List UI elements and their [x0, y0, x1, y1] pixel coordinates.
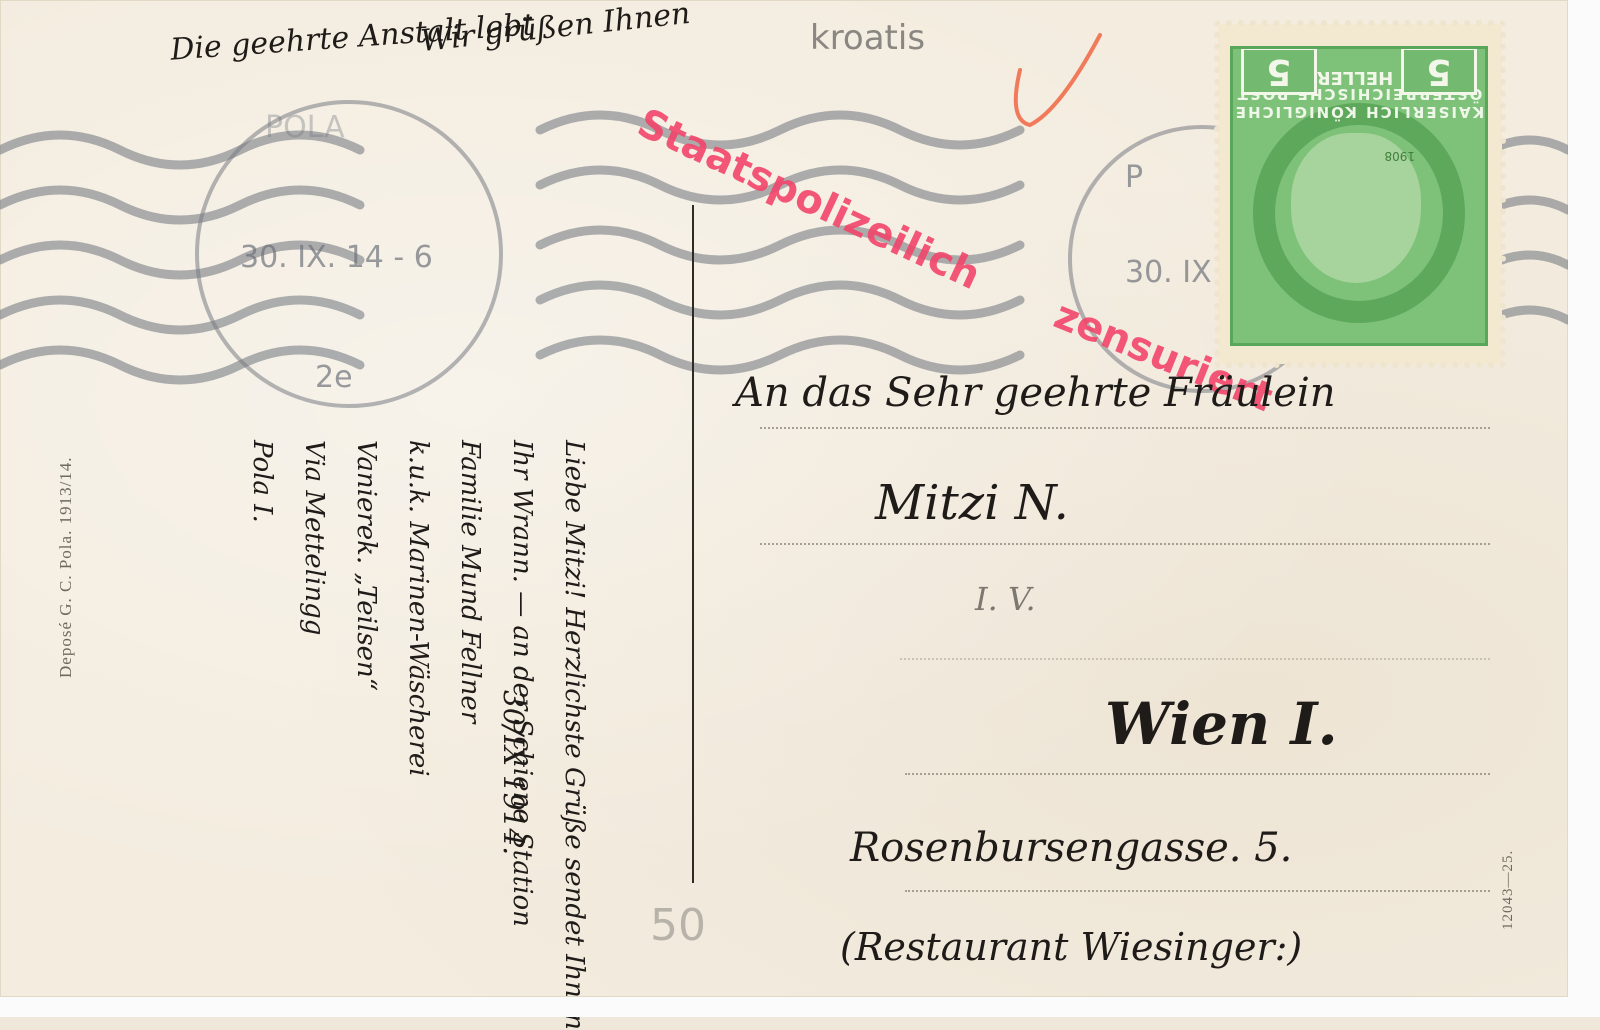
- postage-stamp: KAISERLICH KÖNIGLICHE ÖSTERREICHISCHE PO…: [1218, 24, 1502, 364]
- scan-margin-bottom: [0, 997, 1600, 1017]
- message-line: Familie Mund Fellner: [444, 440, 496, 1017]
- divider-line: [692, 205, 694, 883]
- address-line-6: (Restaurant Wiesinger:): [840, 925, 1302, 969]
- message-line: k.u.k. Marinen-Wäscherei: [392, 440, 444, 1017]
- postmark-right-date: 30. IX: [1125, 255, 1212, 290]
- address-line-2: Mitzi N.: [875, 475, 1069, 531]
- stamp-value-right: 5: [1241, 47, 1317, 95]
- postmark-left-date: 30. IX. 14 - 6: [240, 240, 433, 275]
- address-line-1: An das Sehr geehrte Fräulein: [735, 370, 1336, 416]
- postcard: 30. IX. 14 - 6 2e POLA 30. IX P Deposé G…: [0, 0, 1568, 997]
- message-line: Liebe Mitzi! Herzlichste Grüße sendet Ih…: [548, 440, 600, 1017]
- address-line-rule: [905, 773, 1490, 775]
- address-line-5: Rosenbursengasse. 5.: [850, 825, 1292, 871]
- address-line-rule: [760, 427, 1490, 429]
- publisher-imprint: Deposé G. C. Pola. 1913/14.: [56, 456, 76, 678]
- address-line-4: Wien I.: [1105, 690, 1338, 758]
- catalog-number: 12043—25.: [1500, 850, 1517, 930]
- pencil-note: kroatis: [810, 18, 925, 58]
- postmark-left-city: POLA: [265, 110, 345, 145]
- address-line-rule: [905, 890, 1490, 892]
- postmark-right-city: P: [1125, 160, 1143, 195]
- address-line-rule: [760, 543, 1490, 545]
- stamp-year: 1908: [1384, 149, 1415, 163]
- message-body: Liebe Mitzi! Herzlichste Grüße sendet Ih…: [236, 440, 600, 1017]
- message-line: Pola I.: [236, 440, 288, 1017]
- message-line: Via Mettelingg: [288, 440, 340, 1017]
- address-line-3: I. V.: [975, 580, 1036, 618]
- address-line-rule: [900, 658, 1490, 660]
- pencil-number: 50: [650, 900, 706, 951]
- message-line: Ihr Wrann. — an der Schiene Station: [496, 440, 548, 1017]
- red-check-icon: [1000, 30, 1110, 140]
- postmark-left-code: 2e: [315, 360, 353, 395]
- message-line: Vanierek. „Teilsen“: [340, 440, 392, 1017]
- scan-margin-right: [1568, 0, 1600, 1017]
- stamp-currency: HELLER: [1315, 67, 1395, 88]
- stamp-value-left: 5: [1401, 47, 1477, 95]
